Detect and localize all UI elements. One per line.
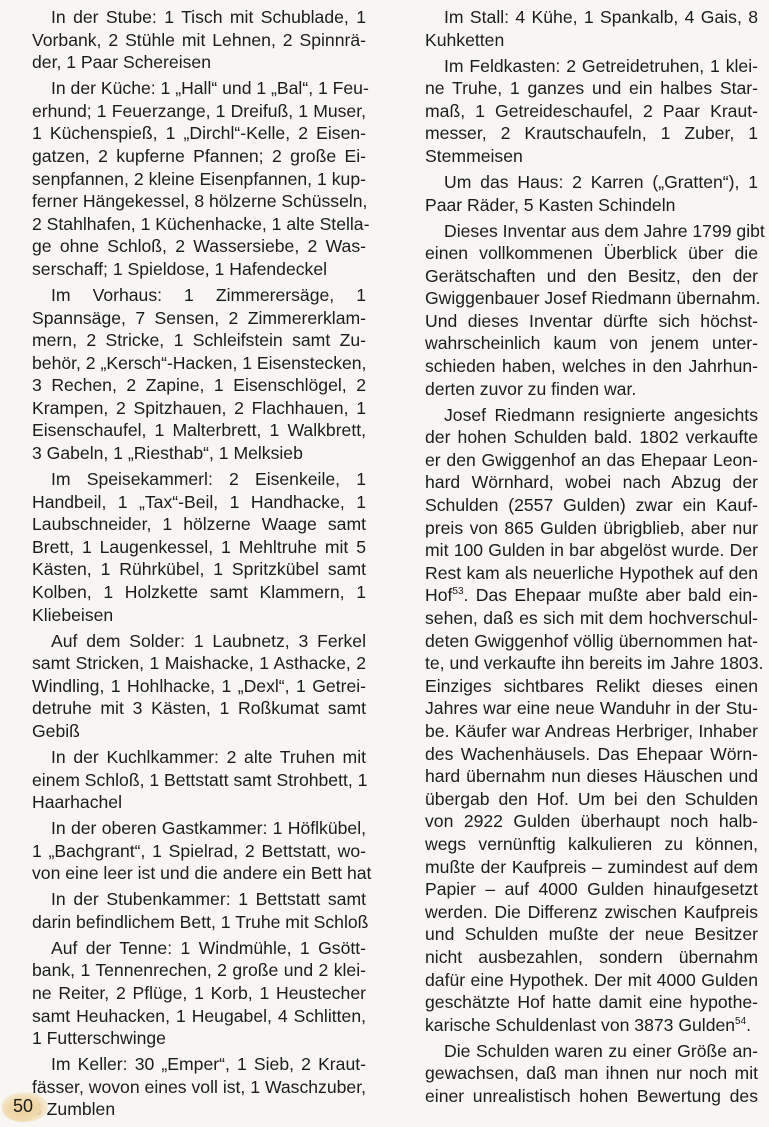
text-line: sehen, daß es sich mit dem hochverschul-: [405, 607, 758, 630]
text-line: wahrscheinlich kaum von jenem unter-: [405, 332, 758, 355]
text-line: er den Gwiggenhof an das Ehepaar Leon-: [405, 449, 758, 472]
text-line: samt Heuhacken, 1 Heugabel, 4 Schlitten,: [12, 1005, 366, 1028]
text-line: ge ohne Schloß, 2 Wassersiebe, 2 Was-: [12, 235, 366, 258]
text-line: 1 „Bachgrant“, 1 Spielrad, 2 Bettstatt, …: [12, 840, 366, 863]
text-line: der, 1 Paar Schereisen: [12, 51, 366, 74]
text-line: Gerätschaften und den Besitz, den der: [405, 265, 758, 288]
text-line: erhund; 1 Feuerzange, 1 Dreifuß, 1 Muser…: [12, 100, 366, 123]
footnote-marker-54: 54: [735, 1016, 746, 1027]
text-line: messer, 2 Krautschaufeln, 1 Zuber, 1: [405, 122, 758, 145]
text-line: werden. Die Differenz zwischen Kaufpreis: [405, 901, 758, 924]
text-line: Josef Riedmann resignierte angesichts: [405, 404, 758, 427]
text-line: gewachsen, daß man ihnen nur noch mit: [405, 1062, 758, 1085]
book-page: In der Stube: 1 Tisch mit Schublade, 1 V…: [0, 0, 769, 1127]
text-line: 3 Gabeln, 1 „Riesthab“, 1 Melksieb: [12, 442, 366, 465]
text-line: Windling, 1 Hohlhacke, 1 „Dexl“, 1 Getre…: [12, 675, 366, 698]
text-line: Im Vorhaus: 1 Zimmerersäge, 1: [12, 284, 366, 307]
text-line: bank, 1 Tennenrechen, 2 große und 2 klei…: [12, 959, 366, 982]
text-line: ne Truhe, 1 ganzes und ein halbes Star-: [405, 77, 758, 100]
inventory-paragraph-obere-gastkammer: In der oberen Gastkammer: 1 Höflkübel, 1…: [12, 817, 366, 885]
left-column: In der Stube: 1 Tisch mit Schublade, 1 V…: [12, 6, 366, 1124]
text-line: Kliebeisen: [12, 604, 366, 627]
text-line: Gebiß: [12, 720, 366, 743]
text-line: Paar Räder, 5 Kasten Schindeln: [405, 194, 758, 217]
text-line: samt Stricken, 1 Maishacke, 1 Asthacke, …: [12, 652, 366, 675]
text-line: Im Stall: 4 Kühe, 1 Spankalb, 4 Gais, 8: [405, 6, 758, 29]
text-line: Stemmeisen: [405, 145, 758, 168]
text-line: Auf dem Solder: 1 Laubnetz, 3 Ferkel: [12, 630, 366, 653]
text-line: des Wachenhäusels. Das Ehepaar Wörn-: [405, 743, 758, 766]
text-line: Kästen, 1 Rührkübel, 1 Spritzkübel samt: [12, 558, 366, 581]
text-line: senpfannen, 2 kleine Eisenpfannen, 1 kup…: [12, 168, 366, 191]
text-line: hard übernahm nun dieses Häuschen und: [405, 765, 758, 788]
text-line: 3 Zumblen: [12, 1098, 366, 1121]
body-paragraph-schulden: Die Schulden waren zu einer Größe an- ge…: [405, 1040, 758, 1108]
text-line: schieden haben, welches in den Jahrhun-: [405, 355, 758, 378]
text-line: geschätzte Hof hatte damit eine hypothe-: [405, 991, 758, 1014]
page-number-badge: 50: [4, 1090, 48, 1122]
text-line: Eisenschaufel, 1 Malterbrett, 1 Walkbret…: [12, 419, 366, 442]
text-line: mern, 2 Stricke, 1 Schleifstein samt Zu-: [12, 329, 366, 352]
text-line: Brett, 1 Laugenkessel, 1 Mehltruhe mit 5: [12, 536, 366, 559]
text-line: In der Küche: 1 „Hall“ und 1 „Bal“, 1 Fe…: [12, 77, 366, 100]
body-paragraph-riedmann: Josef Riedmann resignierte angesichts de…: [405, 404, 758, 1037]
text-line: 3 Rechen, 2 Zapine, 1 Eisenschlögel, 2: [12, 374, 366, 397]
text-line-with-footnote-53: Hof53. Das Ehepaar mußte aber bald ein-: [405, 584, 758, 607]
text-line: deten Gwiggenhof völlig übernommen hat-: [405, 630, 758, 653]
text-line: von 2922 Gulden überhaupt noch halb-: [405, 810, 758, 833]
text-line: Schulden (2557 Gulden) zwar ein Kauf-: [405, 494, 758, 517]
body-paragraph-inventar-1799: Dieses Inventar aus dem Jahre 1799 gibt …: [405, 220, 758, 401]
text-line: mußte der Kaufpreis – zumindest auf dem: [405, 856, 758, 879]
text-line: Jahres war eine neue Wanduhr in der Stu-: [405, 697, 758, 720]
page-number: 50: [13, 1096, 33, 1116]
inventory-paragraph-solder: Auf dem Solder: 1 Laubnetz, 3 Ferkel sam…: [12, 630, 366, 743]
text-line: te, und verkaufte ihn bereits im Jahre 1…: [405, 652, 758, 675]
text-line: übergab den Hof. Um bei den Schulden: [405, 788, 758, 811]
inventory-paragraph-feldkasten: Im Feldkasten: 2 Getreidetruhen, 1 klei-…: [405, 55, 758, 168]
text-line: be. Käufer war Andreas Herbriger, Inhabe…: [405, 720, 758, 743]
inventory-paragraph-speisekammerl: Im Speisekammerl: 2 Eisenkeile, 1 Handbe…: [12, 468, 366, 626]
text-line: Gwiggenbauer Josef Riedmann übernahm.: [405, 287, 758, 310]
text-line: behör, 2 „Kersch“-Hacken, 1 Eisenstecken…: [12, 352, 366, 375]
text-line: ferner Hängekessel, 8 hölzerne Schüsseln…: [12, 190, 366, 213]
footnote-marker-53: 53: [452, 586, 463, 597]
text-line: einer unrealistisch hohen Bewertung des: [405, 1085, 758, 1108]
text-line: Papier – auf 4000 Gulden hinaufgesetzt: [405, 878, 758, 901]
text-line: darin befindlichem Bett, 1 Truhe mit Sch…: [12, 911, 366, 934]
inventory-paragraph-stall: Im Stall: 4 Kühe, 1 Spankalb, 4 Gais, 8 …: [405, 6, 758, 51]
text-line: Die Schulden waren zu einer Größe an-: [405, 1040, 758, 1063]
text-line: einem Schloß, 1 Bettstatt samt Strohbett…: [12, 769, 366, 792]
text-line: Spannsäge, 7 Sensen, 2 Zimmererklam-: [12, 307, 366, 330]
text-fragment: Hof: [425, 585, 452, 605]
text-fragment: . Das Ehepaar mußte aber bald ein-: [464, 585, 758, 605]
text-line: Haarhachel: [12, 791, 366, 814]
inventory-paragraph-stube: In der Stube: 1 Tisch mit Schublade, 1 V…: [12, 6, 366, 74]
text-line: nicht ausbezahlen, sondern übernahm: [405, 946, 758, 969]
text-line: serschaff; 1 Spieldose, 1 Hafendeckel: [12, 258, 366, 281]
text-line: In der Stubenkammer: 1 Bettstatt samt: [12, 888, 366, 911]
inventory-paragraph-keller: Im Keller: 30 „Emper“, 1 Sieb, 2 Kraut- …: [12, 1053, 366, 1121]
text-line: Und dieses Inventar dürfte sich höchst-: [405, 310, 758, 333]
text-line: ne Reiter, 2 Pflüge, 1 Korb, 1 Heusteche…: [12, 982, 366, 1005]
text-line: derten zuvor zu finden war.: [405, 378, 758, 401]
text-line: Vorbank, 2 Stühle mit Lehnen, 2 Spinnrä-: [12, 29, 366, 52]
inventory-paragraph-kuchlkammer: In der Kuchlkammer: 2 alte Truhen mit ei…: [12, 746, 366, 814]
text-line: Im Feldkasten: 2 Getreidetruhen, 1 klei-: [405, 55, 758, 78]
text-line: und Schulden mußte der neue Besitzer: [405, 923, 758, 946]
inventory-paragraph-tenne: Auf der Tenne: 1 Windmühle, 1 Gsött- ban…: [12, 937, 366, 1050]
text-line: dafür eine Hypothek. Der mit 4000 Gulden: [405, 969, 758, 992]
text-line: wegs vernünftig kalkulieren zu können,: [405, 833, 758, 856]
text-line: In der oberen Gastkammer: 1 Höflkübel,: [12, 817, 366, 840]
text-line: 2 Stahlhafen, 1 Küchenhacke, 1 alte Stel…: [12, 213, 366, 236]
text-line: Laubschneider, 1 hölzerne Waage samt: [12, 513, 366, 536]
inventory-paragraph-kueche: In der Küche: 1 „Hall“ und 1 „Bal“, 1 Fe…: [12, 77, 366, 280]
text-line: Rest kam als neuerliche Hypothek auf den: [405, 562, 758, 585]
text-line: Krampen, 2 Spitzhauen, 2 Flachhauen, 1: [12, 397, 366, 420]
text-line: preis von 865 Gulden übrigblieb, aber nu…: [405, 517, 758, 540]
text-line: Im Speisekammerl: 2 Eisenkeile, 1: [12, 468, 366, 491]
text-line: Auf der Tenne: 1 Windmühle, 1 Gsött-: [12, 937, 366, 960]
text-line: Handbeil, 1 „Tax“-Beil, 1 Handhacke, 1: [12, 491, 366, 514]
text-line: von eine leer ist und die andere ein Bet…: [12, 862, 366, 885]
text-line-with-footnote-54: karische Schuldenlast von 3873 Gulden54.: [405, 1014, 758, 1037]
inventory-paragraph-stubenkammer: In der Stubenkammer: 1 Bettstatt samt da…: [12, 888, 366, 933]
text-fragment: .: [746, 1015, 751, 1035]
text-line: Im Keller: 30 „Emper“, 1 Sieb, 2 Kraut-: [12, 1053, 366, 1076]
text-line: Um das Haus: 2 Karren („Gratten“), 1: [405, 171, 758, 194]
text-fragment: karische Schuldenlast von 3873 Gulden: [425, 1015, 735, 1035]
text-line: gatzen, 2 kupferne Pfannen; 2 große Ei-: [12, 145, 366, 168]
inventory-paragraph-um-das-haus: Um das Haus: 2 Karren („Gratten“), 1 Paa…: [405, 171, 758, 216]
text-line: detruhe mit 3 Kästen, 1 Roßkumat samt: [12, 697, 366, 720]
text-line: In der Stube: 1 Tisch mit Schublade, 1: [12, 6, 366, 29]
text-line: 1 Küchenspieß, 1 „Dirchl“-Kelle, 2 Eisen…: [12, 122, 366, 145]
inventory-paragraph-vorhaus: Im Vorhaus: 1 Zimmerersäge, 1 Spannsäge,…: [12, 284, 366, 465]
text-line: einen vollkommenen Überblick über die: [405, 242, 758, 265]
text-line: der hohen Schulden bald. 1802 verkaufte: [405, 426, 758, 449]
text-line: Dieses Inventar aus dem Jahre 1799 gibt: [405, 220, 758, 243]
text-line: Kolben, 1 Holzkette samt Klammern, 1: [12, 581, 366, 604]
text-line: 1 Futterschwinge: [12, 1027, 366, 1050]
text-line: hard Wörnhard, wobei nach Abzug der: [405, 471, 758, 494]
text-line: mit 100 Gulden in bar abgelöst wurde. De…: [405, 539, 758, 562]
text-line: In der Kuchlkammer: 2 alte Truhen mit: [12, 746, 366, 769]
right-column: Im Stall: 4 Kühe, 1 Spankalb, 4 Gais, 8 …: [405, 6, 758, 1111]
text-line: fässer, wovon eines voll ist, 1 Waschzub…: [12, 1076, 366, 1099]
text-line: Einziges sichtbares Relikt dieses einen: [405, 675, 758, 698]
text-line: maß, 1 Getreideschaufel, 2 Paar Kraut-: [405, 100, 758, 123]
text-line: Kuhketten: [405, 29, 758, 52]
